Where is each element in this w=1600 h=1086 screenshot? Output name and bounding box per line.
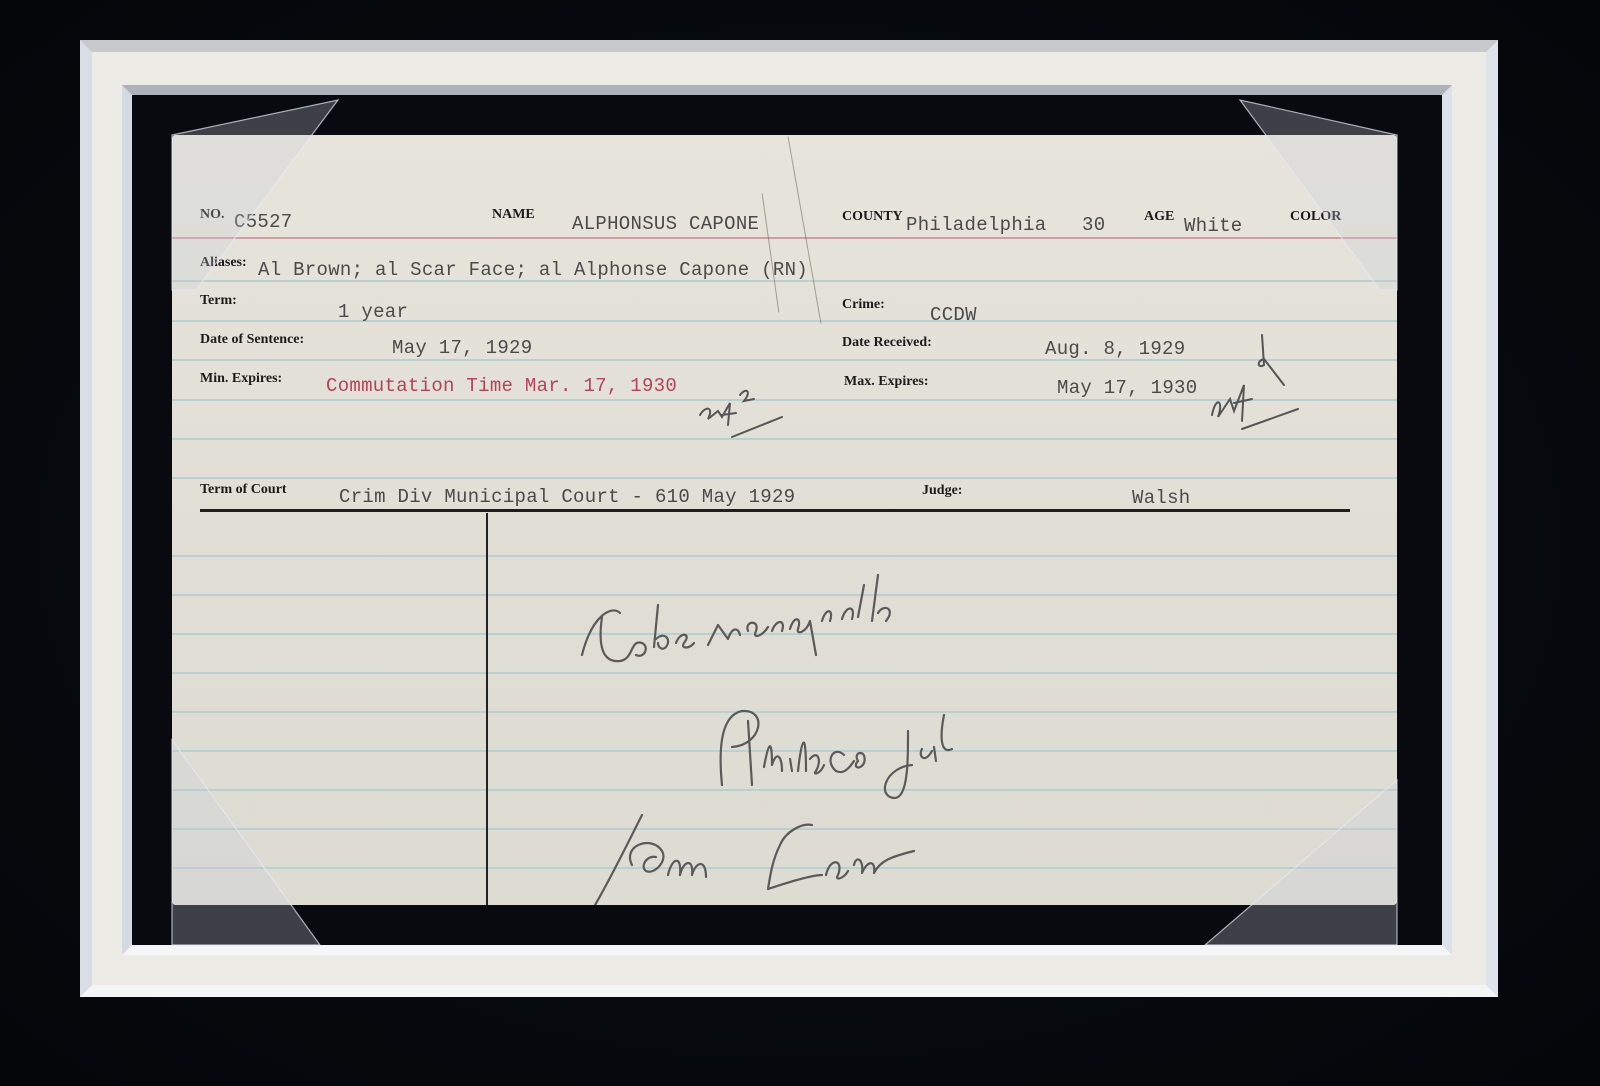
photo-corner-top-left [172, 100, 338, 290]
photo-corner-bottom-right [1205, 780, 1397, 945]
photo-corner-top-right [1240, 100, 1397, 290]
photo-corners [0, 0, 1600, 1086]
photo-corner-bottom-left [172, 740, 320, 945]
